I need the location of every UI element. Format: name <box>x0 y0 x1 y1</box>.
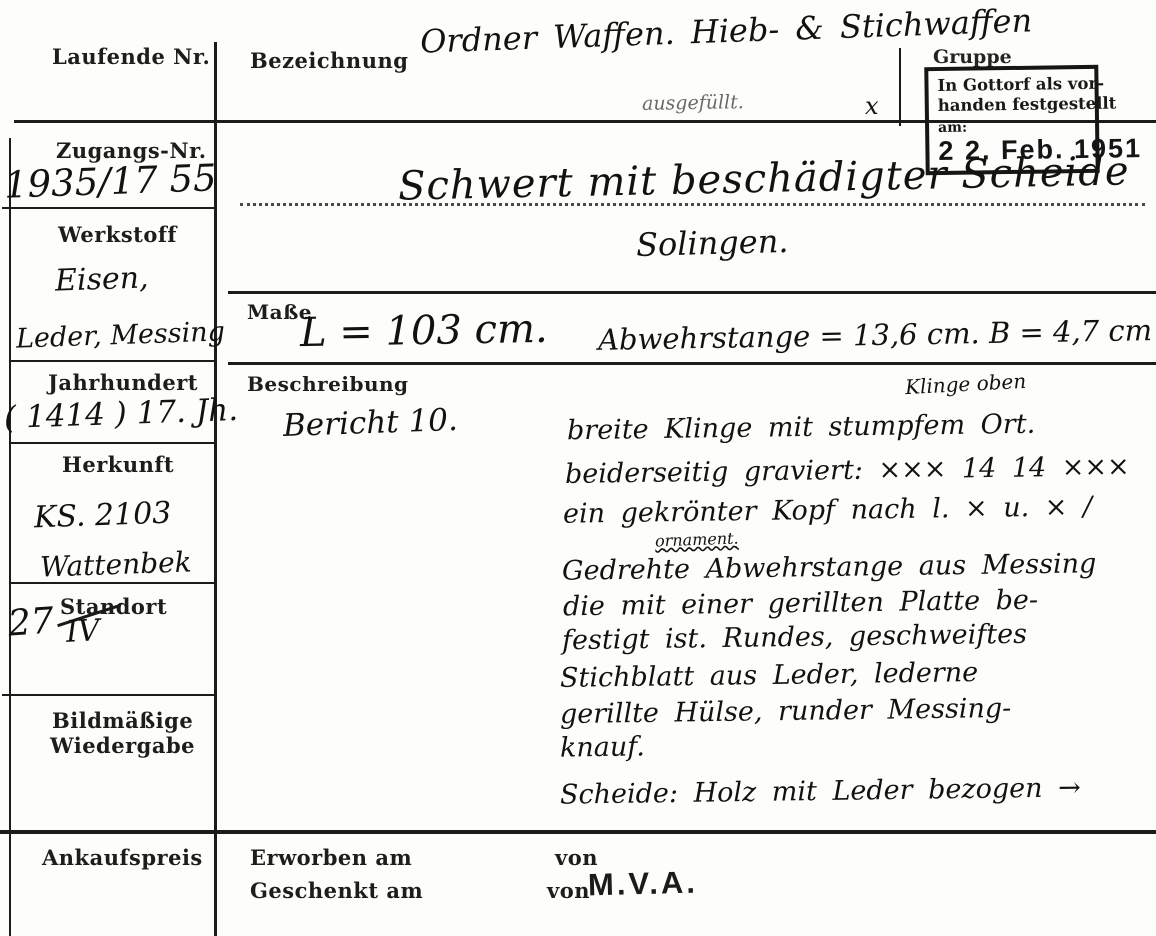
hw-herkunft-2: Wattenbek <box>39 545 192 583</box>
hw-desc-line-4: Gedrehte Abwehrstange aus Messing <box>562 548 1097 586</box>
hw-herkunft-1: KS. 2103 <box>33 496 171 536</box>
hw-zugangs-nr: 1935/17 55 <box>3 156 217 206</box>
label-herkunft: Herkunft <box>62 452 174 477</box>
label-von-geschenkt: von <box>547 878 590 903</box>
label-gruppe: Gruppe <box>933 46 1012 68</box>
label-wiedergabe: Wiedergabe <box>50 733 195 758</box>
card-left-border-line <box>9 138 11 936</box>
label-erworben-am: Erworben am <box>250 845 412 870</box>
hw-desc-line-10: Scheide: Holz mit Leder bezogen → <box>560 772 1081 810</box>
hw-werkstoff-2: Leder, Messing <box>16 316 226 354</box>
hw-vertical-tick <box>899 48 901 126</box>
hw-desc-line-3: ein gekrönter Kopf nach l. × u. × / <box>563 491 1092 529</box>
hw-desc-line-6: festigt ist. Rundes, geschweiftes <box>562 619 1027 656</box>
werkstoff-rule <box>9 360 215 362</box>
hw-desc-line-7: Stichblatt aus Leder, lederne <box>560 657 979 694</box>
hw-desc-line-2: beiderseitig graviert: ××× 14 14 ××× <box>565 451 1130 490</box>
hw-desc-line-1: breite Klinge mit stumpfem Ort. <box>567 409 1036 447</box>
hw-desc-line-5: die mit einer gerillten Platte be- <box>563 585 1038 623</box>
hw-bezeichnung-2: Solingen. <box>636 222 789 264</box>
hw-masse-l: L = 103 cm. <box>300 306 548 356</box>
masse-top-rule <box>228 291 1156 294</box>
jahrhundert-rule <box>9 442 215 444</box>
hw-klinge-oben-note: Klinge oben <box>904 369 1026 399</box>
hw-x-mark: x <box>865 92 879 120</box>
bottom-section-rule <box>0 830 1156 834</box>
hw-standort-fach: IV <box>65 613 100 650</box>
label-laufende-nr: Laufende Nr. <box>52 44 210 69</box>
stamp-line-1: In Gottorf als vor- <box>937 74 1087 96</box>
label-ankaufspreis: Ankaufspreis <box>42 845 203 870</box>
hw-standort-nr: 27 <box>7 600 56 644</box>
label-von-erworben: von <box>555 845 598 870</box>
mva-stamp: M.V.A. <box>588 865 699 904</box>
masse-bottom-rule <box>228 362 1156 365</box>
label-jahrhundert: Jahrhundert <box>48 370 198 395</box>
label-bildmaessige: Bildmäßige <box>52 708 193 733</box>
hw-masse-rest: Abwehrstange = 13,6 cm. B = 4,7 cm <box>598 313 1153 357</box>
inventory-card: Laufende Nr. Zugangs-Nr. Werkstoff Jahrh… <box>0 0 1156 936</box>
standort-rule <box>2 694 215 696</box>
hw-desc-line-8: gerillte Hülse, runder Messing- <box>560 693 1012 730</box>
hw-werkstoff-1: Eisen, <box>54 260 149 298</box>
hw-bericht: Bericht 10. <box>282 402 458 444</box>
hw-header-sub: ausgefüllt. <box>642 91 744 115</box>
label-beschreibung: Beschreibung <box>247 372 409 396</box>
stamp-line-2: handen festgestellt <box>938 94 1088 116</box>
label-werkstoff: Werkstoff <box>58 222 177 247</box>
zugang-rule <box>2 207 215 209</box>
label-bezeichnung: Bezeichnung <box>250 48 408 73</box>
hw-desc-line-9: knauf. <box>560 731 645 763</box>
hw-jahrhundert: ( 1414 ) 17. Jh. <box>3 392 238 436</box>
label-geschenkt-am: Geschenkt am <box>250 878 423 903</box>
hw-bezeichnung-1: Schwert mit beschädigter Scheide <box>398 148 1130 209</box>
hw-ornament-insert: ornament. <box>655 529 739 551</box>
